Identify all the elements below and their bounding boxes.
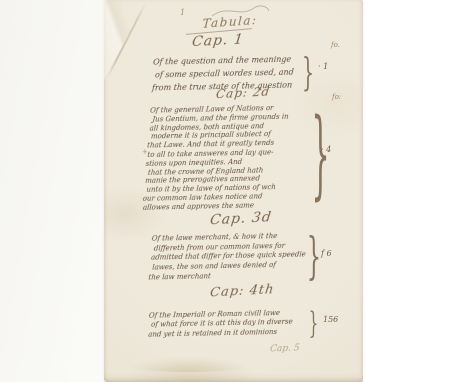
folio-margin-label-1: fo. xyxy=(331,41,340,49)
catchword: Cap. 5 xyxy=(269,343,300,354)
chapter-3-heading: Cap. 3d xyxy=(209,209,273,228)
chapter-2-summary: Of the generall Lawe of Nations orJus Ge… xyxy=(142,103,319,212)
chapter-1-heading: Cap. 1 xyxy=(191,32,245,51)
chapter-4-summary: Of the Imperiall or Roman civill laweof … xyxy=(147,308,321,340)
chapter-3-summary: Of the lawe merchant, & how it thediffer… xyxy=(148,231,320,283)
chapter-3-folio-number: f 6 xyxy=(321,249,332,258)
chapter-1-closing-brace: } xyxy=(302,52,314,92)
page-bottom-stain xyxy=(122,356,254,372)
chapter-4-folio-number: 156 xyxy=(323,315,338,324)
stray-ink-mark-top: 1 xyxy=(180,8,185,17)
chapter-2-folio-number: · 4 xyxy=(321,145,331,154)
chapter-2-heading: Cap: 2d xyxy=(215,85,271,102)
chapter-2-closing-brace: } xyxy=(311,103,329,205)
folio-margin-label-2: fo: xyxy=(332,93,341,101)
chapter-1-folio-number: · 1 xyxy=(318,62,328,71)
manuscript-page: 1 Tabula: Cap. 1 fo. Of the question and… xyxy=(104,0,363,382)
manuscript-photo: 1 Tabula: Cap. 1 fo. Of the question and… xyxy=(0,0,468,382)
chapter-3-closing-brace: } xyxy=(307,230,321,282)
chapter-4-heading: Cap: 4th xyxy=(209,282,275,300)
chapter-4-closing-brace: } xyxy=(309,308,319,340)
